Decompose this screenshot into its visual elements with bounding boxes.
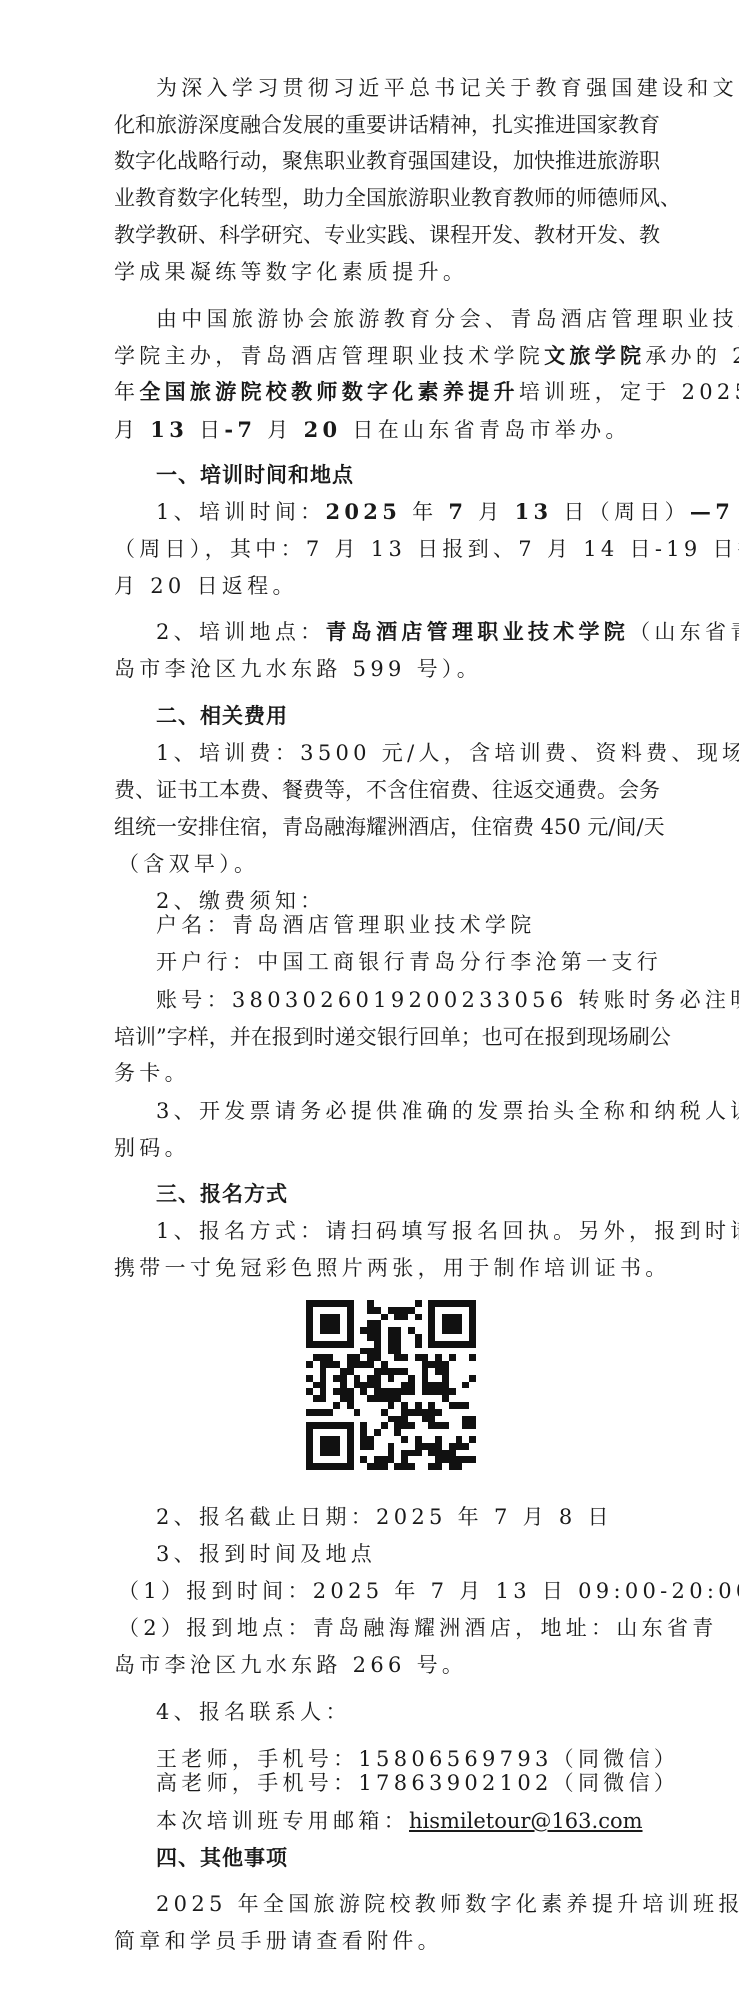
organizer-host-text: 学院主办，青岛酒店管理职业技术学院 — [114, 344, 544, 368]
organizer-dept-name: 文旅学院 — [544, 343, 645, 368]
section-4-heading: 四、其他事项 — [156, 1844, 288, 1872]
intro-line-3: 数字化战略行动，聚焦职业教育强国建设，加快推进旅游职 — [114, 147, 630, 175]
training-program-name: 全国旅游院校教师数字化素养提升 — [139, 379, 519, 404]
checkin-place-line-2: 岛市李沧区九水东路 266 号。 — [114, 1651, 467, 1679]
fee-line-2: 费、证书工本费、餐费等，不含住宿费、往返交通费。会务 — [114, 776, 630, 804]
training-place-address-start: （山东省青 — [629, 620, 739, 644]
account-name: 户名：青岛酒店管理职业技术学院 — [156, 911, 536, 939]
email-line: 本次培训班专用邮箱：hismiletour@163.com — [156, 1807, 643, 1835]
checkin-time: （1）报到时间：2025 年 7 月 13 日 09:00-20:00 — [118, 1577, 739, 1605]
organizer-date-intro: 培训班，定于 2025 年 — [519, 380, 739, 404]
tt-day: 13 — [515, 499, 553, 524]
fee-line-3: 组统一安排住宿，青岛融海耀洲酒店，住宿费 450 元/间/天 — [114, 813, 630, 841]
training-time-line-2: （周日），其中：7 月 13 日报到、7 月 14 日-19 日授课，7 — [114, 535, 739, 563]
registration-qr-code[interactable] — [306, 1300, 476, 1470]
end-month: -7 — [224, 417, 256, 442]
contacts-title: 4、报名联系人： — [156, 1698, 351, 1726]
invoice-line-2: 别码。 — [114, 1134, 190, 1162]
email-link[interactable]: hismiletour@163.com — [409, 1809, 643, 1833]
organizer-line-4: 月 13 日-7 月 20 日在山东省青岛市举办。 — [114, 416, 631, 444]
intro-line-5: 教学教研、科学研究、专业实践、课程开发、教材开发、教 — [114, 221, 630, 249]
other-line-1: 2025 年全国旅游院校教师数字化素养提升培训班报名 — [156, 1890, 739, 1918]
start-day: 13 — [150, 417, 188, 442]
tt-end-month-char: 月 — [734, 500, 739, 524]
location-text: 日在山东省青岛市举办。 — [341, 418, 630, 442]
training-time-line-3: 月 20 日返程。 — [114, 572, 298, 600]
tt-end-month: —7 — [690, 499, 734, 524]
tt-month-char: 月 — [467, 500, 514, 524]
month-char: 月 — [114, 418, 150, 442]
account-line-3: 务卡。 — [114, 1059, 190, 1087]
tt-weekday: 日（周日） — [552, 500, 689, 524]
bank-name: 开户行：中国工商银行青岛分行李沧第一支行 — [156, 948, 662, 976]
tt-month: 7 — [448, 499, 467, 524]
training-time-label: 1、培训时间： — [156, 500, 325, 524]
invoice-line-1: 3、开发票请务必提供准确的发票抬头全称和纳税人识 — [156, 1097, 739, 1125]
section-2-heading: 二、相关费用 — [156, 702, 288, 730]
training-place-line-1: 2、培训地点：青岛酒店管理职业技术学院（山东省青 — [156, 618, 739, 646]
end-day: 20 — [304, 417, 342, 442]
checkin-place-line-1: （2）报到地点：青岛融海耀洲酒店，地址：山东省青 — [118, 1614, 718, 1642]
training-place-line-2: 岛市李沧区九水东路 599 号）。 — [114, 655, 482, 683]
section-1-heading: 一、培训时间和地点 — [156, 461, 354, 489]
other-line-2: 简章和学员手册请查看附件。 — [114, 1927, 443, 1955]
tt-year-char: 年 — [401, 500, 448, 524]
section-3-heading: 三、报名方式 — [156, 1180, 288, 1208]
method-line-2: 携带一寸免冠彩色照片两张，用于制作培训证书。 — [114, 1254, 671, 1282]
organizer-undertake-text: 承办的 2025 — [645, 344, 739, 368]
fee-line-4: （含双早）。 — [118, 850, 259, 878]
intro-line-4: 业教育数字化转型，助力全国旅游职业教育教师的师德师风、 — [114, 184, 630, 212]
organizer-line-2: 学院主办，青岛酒店管理职业技术学院文旅学院承办的 2025 — [114, 342, 739, 370]
intro-line-1: 为深入学习贯彻习近平总书记关于教育强国建设和文 — [156, 74, 738, 102]
deadline: 2、报名截止日期：2025 年 7 月 8 日 — [156, 1503, 613, 1531]
intro-line-6: 学成果凝练等数字化素质提升。 — [114, 258, 468, 286]
organizer-line-1: 由中国旅游协会旅游教育分会、青岛酒店管理职业技术 — [156, 305, 739, 333]
day-char: 日 — [188, 418, 224, 442]
checkin-title: 3、报到时间及地点 — [156, 1540, 376, 1568]
fee-line-1: 1、培训费：3500 元/人，含培训费、资料费、现场教学 — [156, 739, 739, 767]
email-label: 本次培训班专用邮箱： — [156, 1809, 409, 1833]
intro-line-2: 化和旅游深度融合发展的重要讲话精神，扎实推进国家教育 — [114, 111, 630, 139]
account-line-1: 账号：38030260192002330​56 转账时务必注明“旅游师资 — [156, 986, 739, 1014]
month-char-2: 月 — [256, 418, 303, 442]
contact-gao: 高老师，手机号：17863902102（同微信） — [156, 1769, 679, 1797]
training-place-label: 2、培训地点： — [156, 620, 325, 644]
training-time-line-1: 1、培训时间：2025 年 7 月 13 日（周日）—7 月 20 日 — [156, 498, 739, 526]
training-place-name: 青岛酒店管理职业技术学院 — [325, 619, 629, 644]
organizer-year-suffix: 年 — [114, 380, 139, 404]
organizer-line-3: 年全国旅游院校教师数字化素养提升培训班，定于 2025 年 7 — [114, 378, 739, 406]
account-line-2: 培训”字样，并在报到时递交银行回单；也可在报到现场刷公 — [114, 1023, 630, 1051]
method-line-1: 1、报名方式：请扫码填写报名回执。另外，报到时请 — [156, 1217, 739, 1245]
tt-year: 2025 — [325, 499, 401, 524]
